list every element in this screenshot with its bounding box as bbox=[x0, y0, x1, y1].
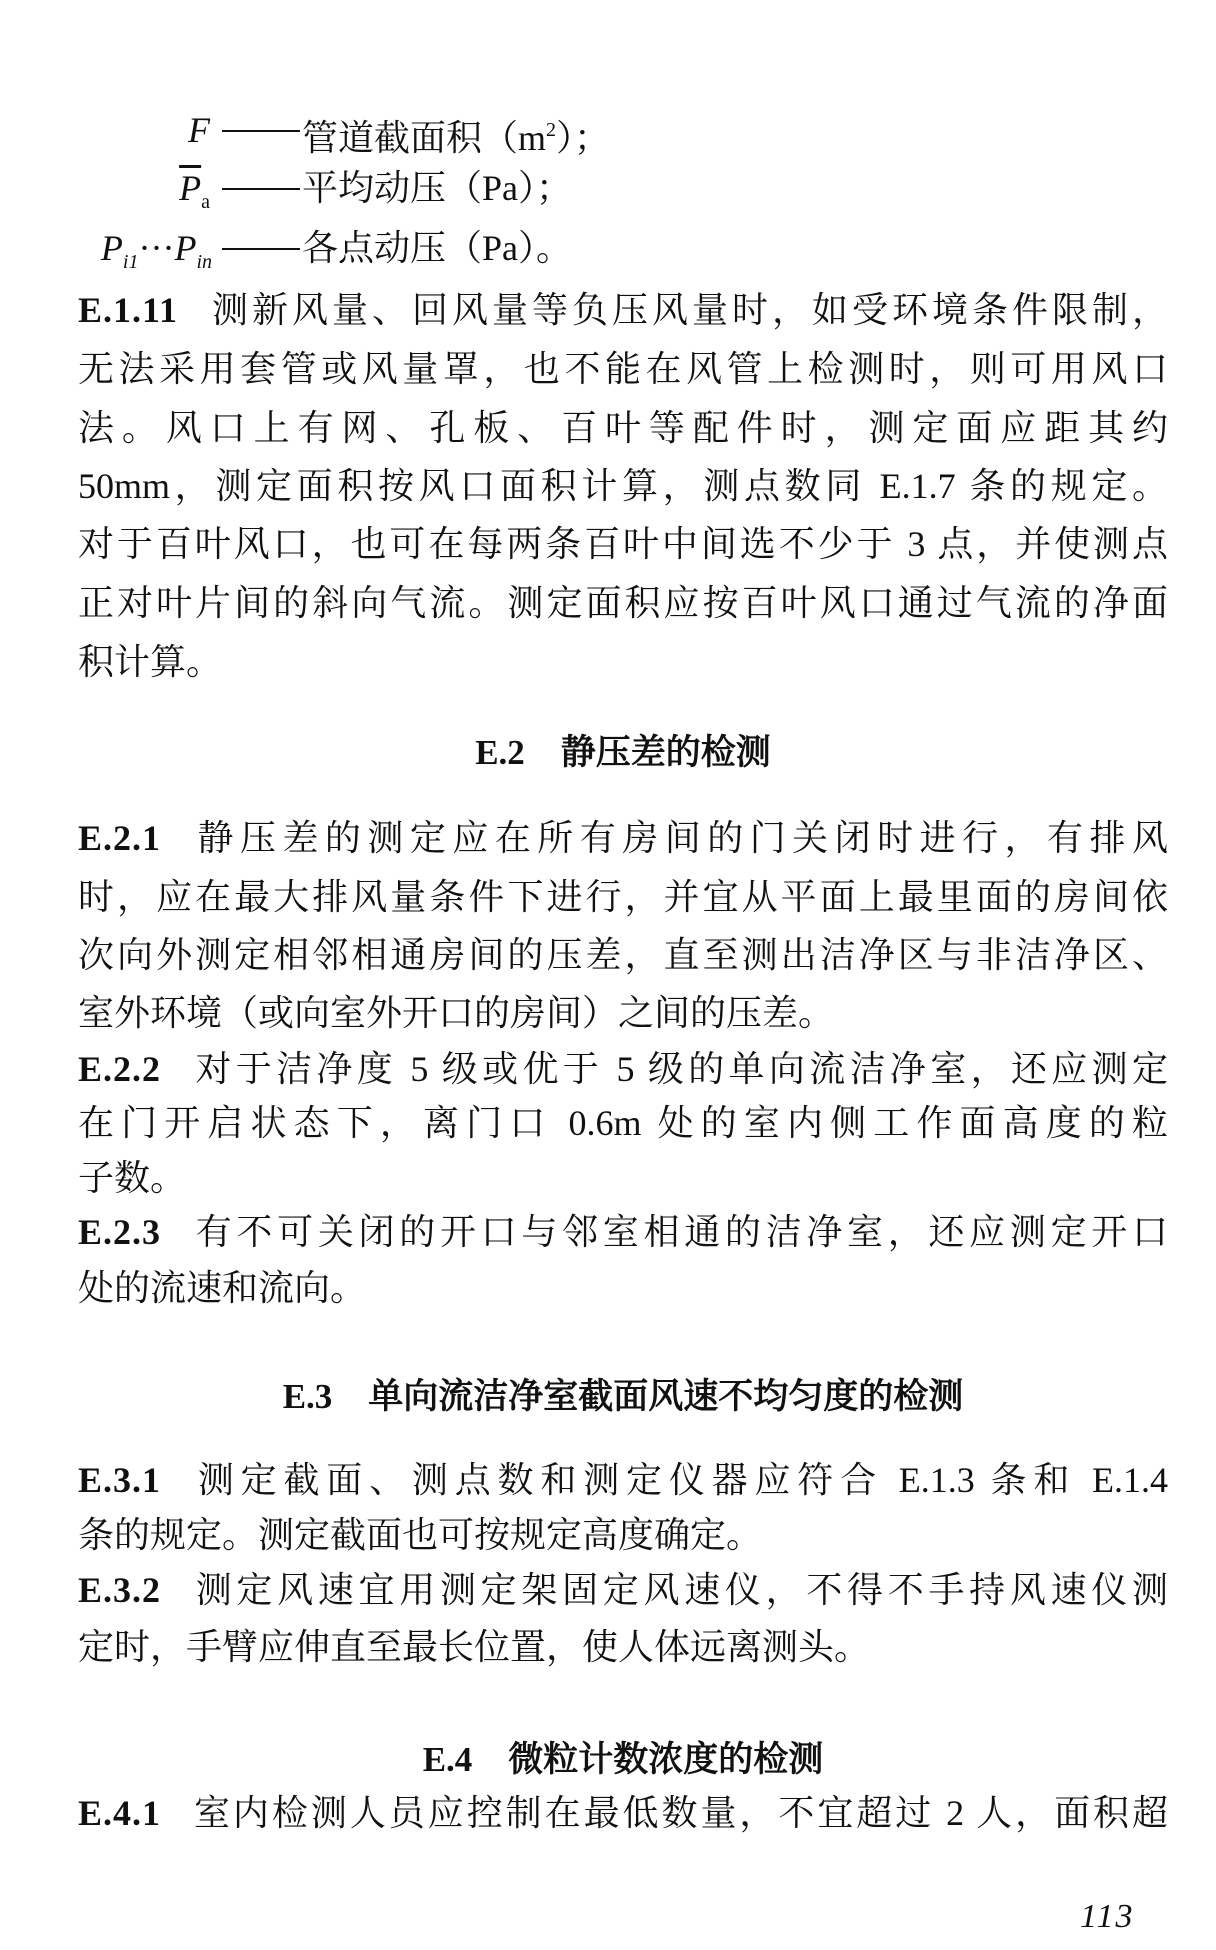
clause-line: 正对叶片间的斜向气流。测定面积应按百叶风口通过气流的净面 bbox=[78, 574, 1168, 632]
clause-line: 室外环境（或向室外开口的房间）之间的压差。 bbox=[78, 984, 1168, 1042]
clause-e2-2-line: E.2.2对于洁净度 5 级或优于 5 级的单向流洁净室，还应测定 bbox=[78, 1040, 1168, 1098]
clause-number: E.2.2 bbox=[78, 1049, 161, 1089]
clause-line: 次向外测定相邻相通房间的压差，直至测出洁净区与非洁净区、 bbox=[78, 926, 1168, 984]
clause-number: E.2.3 bbox=[78, 1212, 161, 1252]
clause-number: E.3.2 bbox=[78, 1570, 161, 1610]
clause-number: E.1.11 bbox=[78, 290, 178, 330]
clause-number: E.2.1 bbox=[78, 818, 161, 858]
section-heading-e4: E.4微粒计数浓度的检测 bbox=[0, 1731, 1216, 1789]
clause-e2-3-line: E.2.3有不可关闭的开口与邻室相通的洁净室，还应测定开口 bbox=[78, 1203, 1168, 1261]
clause-line: 无法采用套管或风量罩，也不能在风管上检测时，则可用风口 bbox=[78, 340, 1168, 398]
page-number: 113 bbox=[1080, 1898, 1134, 1936]
clause-line: 处的流速和流向。 bbox=[78, 1259, 1168, 1317]
em-dash bbox=[222, 130, 300, 132]
section-heading-e3: E.3单向流洁净室截面风速不均匀度的检测 bbox=[0, 1368, 1216, 1426]
clause-e1-11-line: E.1.11测新风量、回风量等负压风量时，如受环境条件限制， bbox=[78, 281, 1168, 339]
clause-number: E.3.1 bbox=[78, 1460, 161, 1500]
clause-number: E.4.1 bbox=[78, 1793, 161, 1833]
definition-term: Pa bbox=[40, 159, 210, 217]
clause-line: 定时，手臂应伸直至最长位置，使人体远离测头。 bbox=[78, 1618, 1168, 1676]
section-heading-e2: E.2静压差的检测 bbox=[0, 724, 1216, 782]
clause-line: 在门开启状态下，离门口 0.6m 处的室内侧工作面高度的粒 bbox=[78, 1094, 1168, 1152]
definition-text: 各点动压（Pa）。 bbox=[302, 219, 572, 277]
clause-line: 50mm，测定面积按风口面积计算，测点数同 E.1.7 条的规定。 bbox=[78, 457, 1168, 515]
clause-line: 法。风口上有网、孔板、百叶等配件时，测定面应距其约 bbox=[78, 399, 1168, 457]
clause-line: 对于百叶风口，也可在每两条百叶中间选不少于 3 点，并使测点 bbox=[78, 515, 1168, 573]
definition-term: Pi1···Pin bbox=[0, 219, 212, 277]
clause-e3-1-line: E.3.1测定截面、测点数和测定仪器应符合 E.1.3 条和 E.1.4 bbox=[78, 1451, 1168, 1509]
clause-line: 积计算。 bbox=[78, 633, 1168, 691]
definition-term: F bbox=[40, 101, 210, 159]
clause-e3-2-line: E.3.2测定风速宜用测定架固定风速仪，不得不手持风速仪测 bbox=[78, 1561, 1168, 1619]
definition-row-Pi: Pi1···Pin 各点动压（Pa）。 bbox=[0, 219, 1216, 277]
clause-line: 时，应在最大排风量条件下进行，并宜从平面上最里面的房间依 bbox=[78, 868, 1168, 926]
em-dash bbox=[222, 248, 300, 250]
document-page: F 管道截面积（m2）； Pa 平均动压（Pa）； Pi1···Pin 各点动压… bbox=[0, 0, 1216, 1950]
clause-e2-1-line: E.2.1静压差的测定应在所有房间的门关闭时进行，有排风 bbox=[78, 809, 1168, 867]
symbol-F: F bbox=[188, 101, 210, 159]
clause-line: 子数。 bbox=[78, 1149, 1168, 1207]
definition-row-F: F 管道截面积（m2）； bbox=[0, 101, 1216, 159]
clause-e4-1-line: E.4.1室内检测人员应控制在最低数量，不宜超过 2 人，面积超 bbox=[78, 1784, 1168, 1842]
em-dash bbox=[222, 188, 300, 190]
definition-text: 管道截面积（m2）； bbox=[302, 101, 610, 167]
definition-text: 平均动压（Pa）； bbox=[302, 159, 572, 217]
clause-line: 条的规定。测定截面也可按规定高度确定。 bbox=[78, 1506, 1168, 1564]
definition-row-Pa: Pa 平均动压（Pa）； bbox=[0, 159, 1216, 217]
